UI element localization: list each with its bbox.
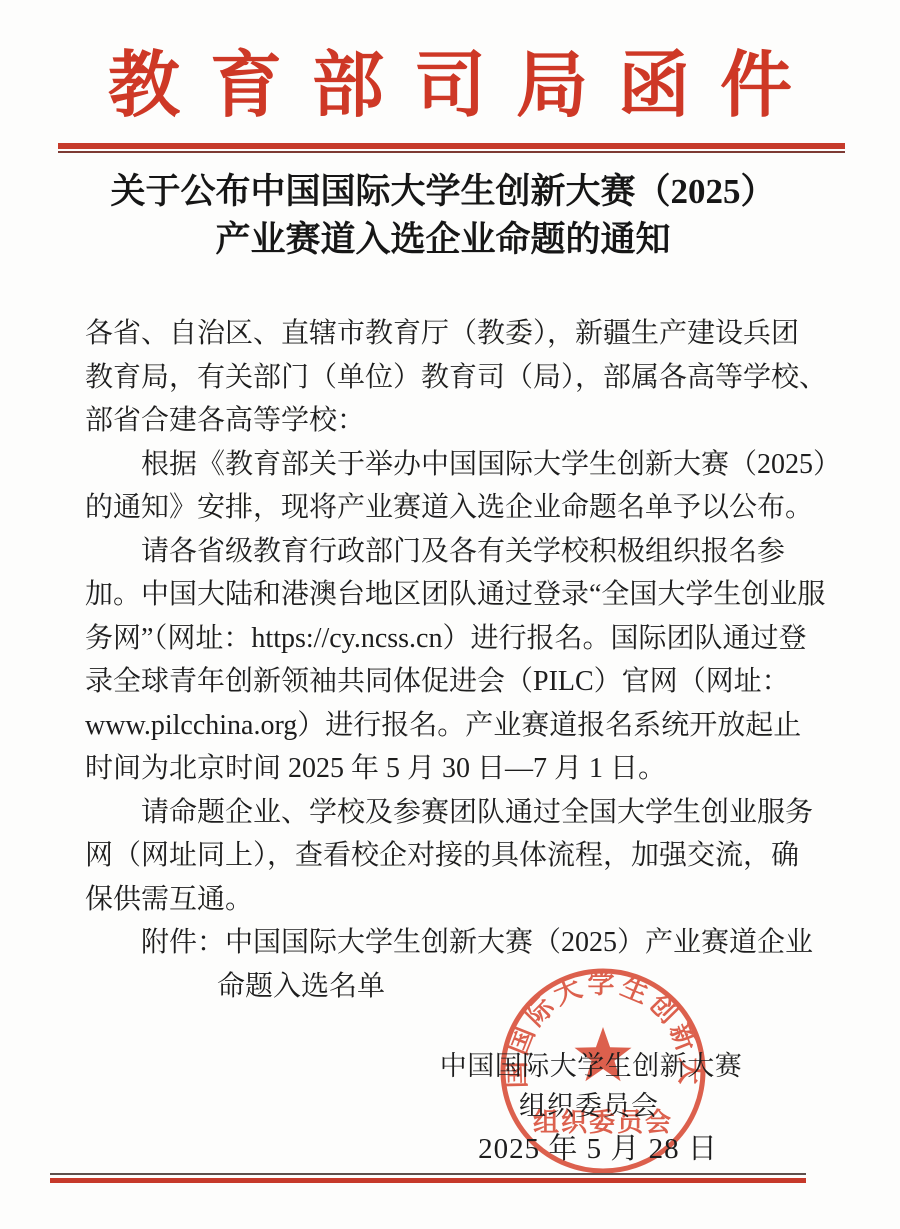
signature-date: 2025 年 5 月 28 日 [255,1126,900,1173]
signature-org-line2: 组织委员会 [237,1086,900,1126]
body-line: www.pilcchina.org）进行报名。产业赛道报名系统开放起止 [85,704,825,748]
body-line: 部省合建各高等学校： [85,399,825,443]
body-line: 教育局，有关部门（单位）教育司（局），部属各高等学校、 [85,356,825,400]
footer-rule-thin [50,1173,806,1175]
body-line: 录全球青年创新领袖共同体促进会（PILC）官网（网址： [85,660,825,704]
header-rule-thick [58,143,845,149]
letterhead-title: 教育部司局函件 [0,44,900,128]
signature-org-line1: 中国国际大学生创新大赛 [241,1046,900,1086]
document-page: 教育部司局函件 关于公布中国国际大学生创新大赛（2025） 产业赛道入选企业命题… [0,0,900,1229]
document-title-line2: 产业赛道入选企业命题的通知 [0,216,886,264]
footer-rule [50,1173,806,1183]
body-line: 保供需互通。 [85,878,825,922]
signature-block: 中国国际大学生创新大赛 组织委员会 2025 年 5 月 28 日 [241,1046,900,1173]
header-rule-thin [58,151,845,153]
body-line: 各省、自治区、直辖市教育厅（教委），新疆生产建设兵团 [85,312,825,356]
document-body: 各省、自治区、直辖市教育厅（教委），新疆生产建设兵团教育局，有关部门（单位）教育… [85,312,825,1008]
body-line: 务网”（网址：https://cy.ncss.cn）进行报名。国际团队通过登 [85,617,825,661]
body-line: 根据《教育部关于举办中国国际大学生创新大赛（2025） [85,443,825,487]
header-rule [58,143,845,153]
body-line: 的通知》安排，现将产业赛道入选企业命题名单予以公布。 [85,486,825,530]
body-line: 请命题企业、学校及参赛团队通过全国大学生创业服务 [85,791,825,835]
body-line: 加。中国大陆和港澳台地区团队通过登录“全国大学生创业服 [85,573,825,617]
body-line: 时间为北京时间 2025 年 5 月 30 日—7 月 1 日。 [85,747,825,791]
body-line: 请各省级教育行政部门及各有关学校积极组织报名参 [85,530,825,574]
document-title: 关于公布中国国际大学生创新大赛（2025） 产业赛道入选企业命题的通知 [0,168,886,264]
footer-rule-thick [50,1178,806,1183]
body-line: 命题入选名单 [85,965,825,1009]
document-title-line1: 关于公布中国国际大学生创新大赛（2025） [0,168,886,216]
body-line: 附件：中国国际大学生创新大赛（2025）产业赛道企业 [85,921,825,965]
body-line: 网（网址同上），查看校企对接的具体流程，加强交流，确 [85,834,825,878]
